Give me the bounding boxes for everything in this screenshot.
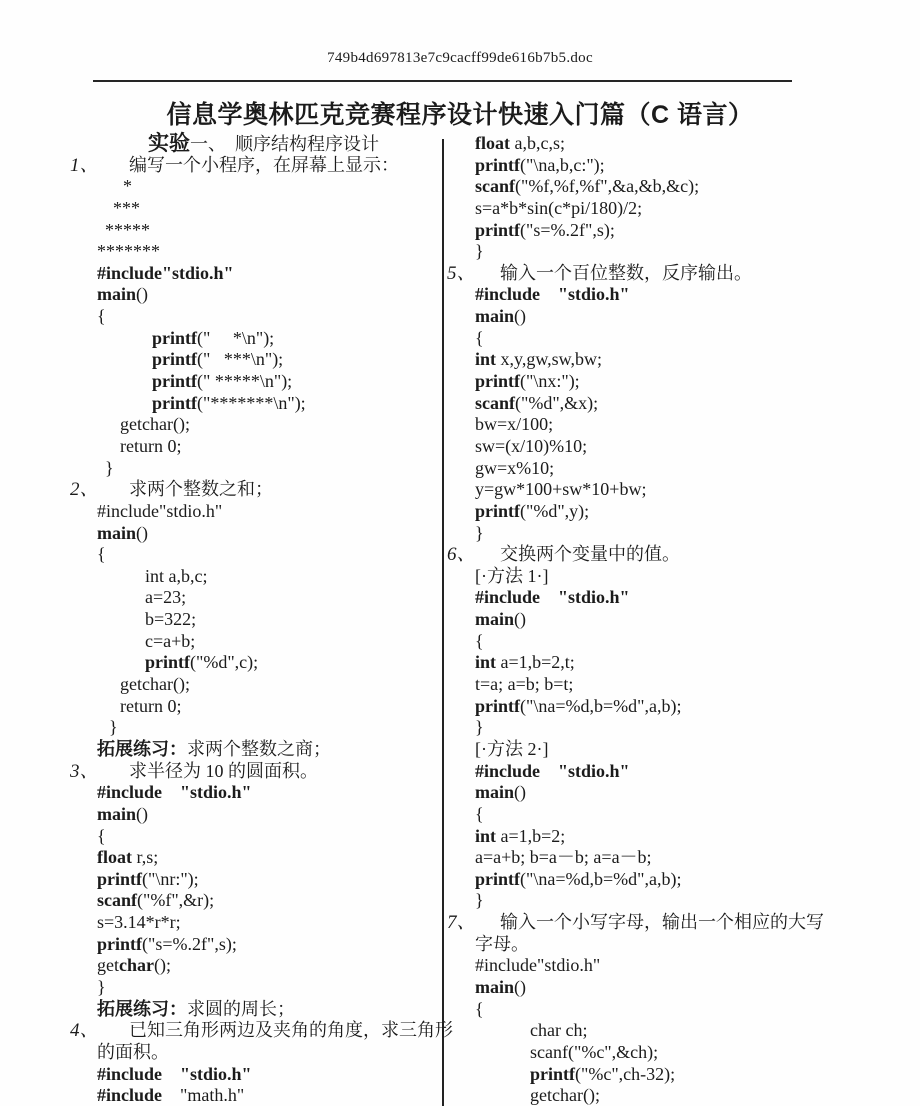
document-title: 信息学奥林匹克竞赛程序设计快速入门篇（C 语言） (0, 95, 920, 131)
text-line: getchar(); (97, 955, 441, 977)
text-line: printf("\na,b,c:"); (475, 155, 915, 177)
text-segment: { (475, 999, 484, 1019)
text-segment: getchar(); (530, 1085, 600, 1105)
text-line: getchar(); (120, 674, 441, 696)
text-segment: "stdio.h" (180, 782, 252, 802)
text-segment (540, 587, 558, 607)
text-line: 7、输入一个小写字母，输出一个相应的大写 (500, 912, 915, 934)
text-line: gw=x%10; (475, 458, 915, 480)
text-segment (162, 782, 180, 802)
text-segment: (" *****\n"); (197, 371, 292, 391)
text-segment: return 0; (120, 436, 181, 456)
text-segment: ("%d",c); (190, 652, 258, 672)
text-segment: ("\nr:"); (142, 869, 199, 889)
text-segment: bw=x/100; (475, 414, 553, 434)
text-segment: } (97, 977, 106, 997)
text-segment: "stdio.h" (558, 761, 630, 781)
text-segment: } (475, 523, 484, 543)
text-segment: () (514, 609, 526, 629)
text-segment: printf (475, 501, 520, 521)
text-line: a=23; (145, 587, 441, 609)
text-line: #include"stdio.h" (97, 501, 441, 523)
text-line: 拓展练习：求两个整数之商； (97, 739, 441, 761)
text-line: return 0; (120, 436, 441, 458)
text-segment: #include (475, 761, 540, 781)
text-line: printf("%c",ch-32); (530, 1064, 915, 1086)
text-segment: gw=x%10; (475, 458, 554, 478)
text-segment: printf (152, 328, 197, 348)
text-segment: () (514, 782, 526, 802)
text-segment: { (97, 544, 106, 564)
text-segment: 一、 顺序结构程序设计 (190, 134, 379, 154)
text-segment: 的面积。 (97, 1042, 169, 1062)
text-segment: a=1,b=2,t; (496, 652, 575, 672)
text-segment: printf (530, 1064, 575, 1084)
text-segment: [·方法 1·] (475, 566, 548, 586)
text-line: { (475, 631, 915, 653)
text-line: 1、编写一个小程序，在屏幕上显示： (129, 155, 441, 177)
text-segment: 求两个整数之商； (187, 739, 331, 759)
text-line: } (475, 241, 915, 263)
text-line: int a,b,c; (145, 566, 441, 588)
text-segment: () (136, 284, 148, 304)
text-line: { (475, 328, 915, 350)
item-number: 7、 (447, 912, 476, 934)
text-line: 2、求两个整数之和； (129, 479, 441, 501)
text-segment: main (475, 609, 514, 629)
text-segment: #include"stdio.h" (97, 501, 222, 521)
text-line: 5、输入一个百位整数，反序输出。 (500, 263, 915, 285)
text-segment: c=a+b; (145, 631, 195, 651)
text-segment: main (475, 306, 514, 326)
document-page: 749b4d697813e7c9cacff99de616b7b5.doc 信息学… (0, 0, 920, 1106)
text-line: * (123, 176, 441, 198)
text-line: 的面积。 (97, 1042, 441, 1064)
text-segment: #include (475, 587, 540, 607)
text-segment: } (475, 241, 484, 261)
text-line: main() (97, 523, 441, 545)
text-segment: 输入一个百位整数，反序输出。 (500, 263, 752, 283)
text-segment: s=a*b*sin(c*pi/180)/2; (475, 198, 642, 218)
text-segment: ("%d",&x); (515, 393, 598, 413)
text-line: printf("\na=%d,b=%d",a,b); (475, 869, 915, 891)
text-line: char ch; (530, 1020, 915, 1042)
item-number: 4、 (70, 1020, 99, 1042)
text-line: scanf("%f,%f,%f",&a,&b,&c); (475, 176, 915, 198)
text-line: #include "stdio.h" (475, 284, 915, 306)
text-segment: { (475, 804, 484, 824)
text-line: { (475, 999, 915, 1021)
text-segment: ("%c",ch-32); (575, 1064, 675, 1084)
text-line: 3、求半径为 10 的圆面积。 (129, 761, 441, 783)
text-line: getchar(); (120, 414, 441, 436)
text-line: return 0; (120, 696, 441, 718)
text-line: #include"stdio.h" (97, 263, 441, 285)
text-segment: printf (152, 393, 197, 413)
text-line: float a,b,c,s; (475, 133, 915, 155)
text-segment: 拓展练习： (97, 739, 187, 759)
text-segment: sw=(x/10)%10; (475, 436, 587, 456)
text-segment: printf (475, 371, 520, 391)
text-segment: #include (475, 284, 540, 304)
text-segment: a=23; (145, 587, 186, 607)
text-segment: 求半径为 10 的圆面积。 (129, 761, 318, 781)
text-line: y=gw*100+sw*10+bw; (475, 479, 915, 501)
text-line: main() (475, 306, 915, 328)
text-line: { (97, 544, 441, 566)
text-line: #include "stdio.h" (97, 782, 441, 804)
text-segment: (" *\n"); (197, 328, 274, 348)
text-segment: return 0; (120, 696, 181, 716)
text-segment: y=gw*100+sw*10+bw; (475, 479, 646, 499)
text-segment: #include (97, 1085, 162, 1105)
text-line: printf("\nx:"); (475, 371, 915, 393)
text-line: printf("%d",c); (145, 652, 441, 674)
text-segment: scanf (475, 393, 515, 413)
text-line: } (97, 977, 441, 999)
text-line: [·方法 1·] (475, 566, 915, 588)
text-segment: 输入一个小写字母，输出一个相应的大写 (500, 912, 824, 932)
text-segment: } (475, 890, 484, 910)
text-line: } (105, 458, 441, 480)
text-line: bw=x/100; (475, 414, 915, 436)
text-segment: scanf (475, 176, 515, 196)
text-line: main() (475, 782, 915, 804)
text-segment: "stdio.h" (558, 284, 630, 304)
text-segment: #include"stdio.h" (475, 955, 600, 975)
item-number: 1、 (70, 155, 99, 177)
text-segment: } (109, 717, 118, 737)
header-filename: 749b4d697813e7c9cacff99de616b7b5.doc (0, 50, 920, 67)
text-segment: #include"stdio.h" (97, 263, 234, 283)
text-segment: float (97, 847, 132, 867)
text-line: ******* (97, 241, 441, 263)
text-segment: printf (152, 371, 197, 391)
text-line: c=a+b; (145, 631, 441, 653)
text-line: } (475, 523, 915, 545)
text-segment (540, 284, 558, 304)
text-line: printf("*******\n"); (152, 393, 441, 415)
text-segment: 编写一个小程序，在屏幕上显示： (129, 155, 399, 175)
text-segment: int (475, 826, 496, 846)
text-segment: t=a; a=b; b=t; (475, 674, 573, 694)
text-line: int a=1,b=2; (475, 826, 915, 848)
text-line: { (97, 306, 441, 328)
text-segment: ("%f,%f,%f",&a,&b,&c); (515, 176, 699, 196)
text-segment: float (475, 133, 510, 153)
text-line: t=a; a=b; b=t; (475, 674, 915, 696)
text-segment: ("%f",&r); (137, 890, 214, 910)
text-segment: *** (113, 198, 140, 218)
text-line: printf(" ***\n"); (152, 349, 441, 371)
text-line: 4、已知三角形两边及夹角的角度，求三角形 (129, 1020, 441, 1042)
text-line: } (109, 717, 441, 739)
text-segment: scanf("%c",&ch); (530, 1042, 658, 1062)
text-line: { (475, 804, 915, 826)
text-line: } (475, 717, 915, 739)
text-line: printf("\nr:"); (97, 869, 441, 891)
text-segment: printf (145, 652, 190, 672)
text-segment: ("\na=%d,b=%d",a,b); (520, 869, 681, 889)
text-line: #include "stdio.h" (475, 761, 915, 783)
text-line: scanf("%c",&ch); (530, 1042, 915, 1064)
text-segment: 字母。 (475, 934, 529, 954)
text-segment: getchar(); (120, 414, 190, 434)
text-segment (162, 1064, 180, 1084)
header-rule (93, 80, 792, 82)
text-segment: ("\na=%d,b=%d",a,b); (520, 696, 681, 716)
text-segment: 拓展练习： (97, 999, 187, 1019)
text-line: getchar(); (530, 1085, 915, 1106)
text-segment: printf (475, 869, 520, 889)
text-segment: r,s; (132, 847, 158, 867)
text-segment: "stdio.h" (558, 587, 630, 607)
text-segment: () (136, 523, 148, 543)
text-line: printf("\na=%d,b=%d",a,b); (475, 696, 915, 718)
text-segment: { (475, 328, 484, 348)
text-segment: int a,b,c; (145, 566, 207, 586)
text-line: { (97, 826, 441, 848)
text-segment: () (514, 306, 526, 326)
text-segment: printf (97, 869, 142, 889)
text-segment: ("*******\n"); (197, 393, 306, 413)
text-line: int a=1,b=2,t; (475, 652, 915, 674)
text-segment: ***** (105, 220, 150, 240)
text-line: #include "math.h" (97, 1085, 441, 1106)
text-segment: printf (475, 696, 520, 716)
text-line: } (475, 890, 915, 912)
text-line: main() (475, 609, 915, 631)
text-segment (162, 1085, 180, 1105)
column-divider (442, 139, 444, 1106)
text-segment: } (475, 717, 484, 737)
text-segment: ******* (97, 241, 160, 261)
text-segment: a=1,b=2; (496, 826, 565, 846)
text-segment: 交换两个变量中的值。 (500, 544, 680, 564)
text-line: printf(" *****\n"); (152, 371, 441, 393)
left-column: 实验一、 顺序结构程序设计1、编写一个小程序，在屏幕上显示：**********… (97, 133, 441, 1106)
text-segment: get (97, 955, 119, 975)
text-segment: } (105, 458, 114, 478)
text-segment: main (475, 977, 514, 997)
text-segment: main (97, 804, 136, 824)
text-segment: "stdio.h" (180, 1064, 252, 1084)
text-line: s=a*b*sin(c*pi/180)/2; (475, 198, 915, 220)
text-segment: printf (152, 349, 197, 369)
text-segment: main (97, 284, 136, 304)
text-line: printf("%d",y); (475, 501, 915, 523)
text-line: 实验一、 顺序结构程序设计 (148, 133, 441, 155)
text-line: s=3.14*r*r; (97, 912, 441, 934)
text-segment: 实验 (148, 132, 190, 155)
text-segment: scanf (97, 890, 137, 910)
text-line: int x,y,gw,sw,bw; (475, 349, 915, 371)
text-segment: { (97, 306, 106, 326)
item-number: 6、 (447, 544, 476, 566)
item-number: 5、 (447, 263, 476, 285)
text-line: printf("s=%.2f",s); (97, 934, 441, 956)
text-line: scanf("%d",&x); (475, 393, 915, 415)
text-segment (540, 761, 558, 781)
text-segment: char (119, 955, 154, 975)
text-segment: a,b,c,s; (510, 133, 565, 153)
text-line: #include"stdio.h" (475, 955, 915, 977)
text-segment: printf (475, 155, 520, 175)
text-segment: 求圆的周长； (187, 999, 295, 1019)
text-line: float r,s; (97, 847, 441, 869)
text-segment: { (475, 631, 484, 651)
text-segment: printf (97, 934, 142, 954)
text-line: sw=(x/10)%10; (475, 436, 915, 458)
text-line: printf(" *\n"); (152, 328, 441, 350)
text-segment: { (97, 826, 106, 846)
text-segment: "math.h" (180, 1085, 244, 1105)
text-line: printf("s=%.2f",s); (475, 220, 915, 242)
text-segment: s=3.14*r*r; (97, 912, 181, 932)
text-segment: #include (97, 1064, 162, 1084)
right-column: float a,b,c,s;printf("\na,b,c:");scanf("… (475, 133, 915, 1106)
text-line: 6、交换两个变量中的值。 (500, 544, 915, 566)
text-segment: int (475, 349, 496, 369)
text-segment: () (514, 977, 526, 997)
text-segment: ("s=%.2f",s); (142, 934, 237, 954)
item-number: 2、 (70, 479, 99, 501)
text-line: main() (97, 804, 441, 826)
text-line: [·方法 2·] (475, 739, 915, 761)
text-line: b=322; (145, 609, 441, 631)
text-segment: [·方法 2·] (475, 739, 548, 759)
text-segment: 求两个整数之和； (129, 479, 273, 499)
text-segment: 已知三角形两边及夹角的角度，求三角形 (129, 1020, 453, 1040)
text-segment: main (97, 523, 136, 543)
text-segment: a=a+b; b=a－b; a=a－b; (475, 847, 652, 867)
text-segment: ("\nx:"); (520, 371, 580, 391)
text-line: ***** (105, 220, 441, 242)
text-segment: * (123, 176, 132, 196)
text-segment: b=322; (145, 609, 196, 629)
text-segment: ("\na,b,c:"); (520, 155, 605, 175)
text-segment: main (475, 782, 514, 802)
text-line: #include "stdio.h" (475, 587, 915, 609)
text-segment: () (136, 804, 148, 824)
text-segment: ("%d",y); (520, 501, 589, 521)
text-segment: (); (154, 955, 171, 975)
text-line: main() (97, 284, 441, 306)
text-segment: printf (475, 220, 520, 240)
text-segment: x,y,gw,sw,bw; (496, 349, 602, 369)
text-line: 字母。 (475, 934, 915, 956)
item-number: 3、 (70, 761, 99, 783)
text-segment: #include (97, 782, 162, 802)
text-line: 拓展练习：求圆的周长； (97, 999, 441, 1021)
text-segment: getchar(); (120, 674, 190, 694)
text-line: *** (113, 198, 441, 220)
text-segment: ("s=%.2f",s); (520, 220, 615, 240)
text-segment: int (475, 652, 496, 672)
text-line: main() (475, 977, 915, 999)
text-line: #include "stdio.h" (97, 1064, 441, 1086)
text-segment: char ch; (530, 1020, 587, 1040)
text-line: scanf("%f",&r); (97, 890, 441, 912)
text-line: a=a+b; b=a－b; a=a－b; (475, 847, 915, 869)
text-segment: (" ***\n"); (197, 349, 283, 369)
